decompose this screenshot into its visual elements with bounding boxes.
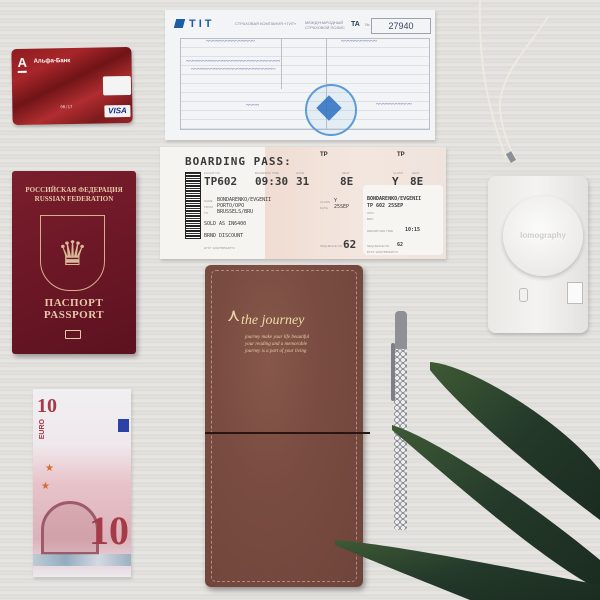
pen-cap (395, 311, 407, 349)
leaf (430, 362, 600, 520)
handwriting: ~~~~~~~~~~~~~~~~~~~~~~~~~~~~~ (186, 59, 280, 65)
stub-to: BRU (367, 217, 373, 221)
barcode (185, 172, 201, 239)
pen-clip (391, 343, 395, 401)
flight-number: TP602 (204, 175, 237, 188)
stub-from: OPO (367, 211, 374, 215)
bank-name: Альфа-Банк (34, 58, 71, 65)
viewfinder-window (567, 282, 583, 304)
insurer-brand: TIT (189, 18, 215, 30)
pen-body (394, 345, 407, 530)
stub-passenger-name: BONDARENKO/EVGENII (367, 196, 421, 202)
leaf (392, 425, 600, 590)
to-label: TO (204, 211, 208, 215)
coat-of-arms-shield: ♛ (40, 215, 105, 291)
form-divider (281, 39, 282, 89)
stub-sequence-label: SEQUENCE NO (367, 244, 389, 248)
wallet-text-line: journey is a part of your living (245, 349, 306, 354)
denomination-large: 10 (89, 507, 129, 554)
card-sticker (103, 76, 131, 95)
date: 25SEP (334, 204, 349, 210)
gate: 31 (296, 175, 309, 188)
bank-logo: A (17, 55, 27, 70)
handwriting: ~~~~~~~~~~~ (376, 102, 412, 108)
eu-flag-icon (118, 419, 129, 432)
currency-label: EURO (39, 419, 46, 439)
stub-ticket-number: ETKT 1002765544PT3 (367, 250, 398, 254)
insurance-policy: TIT СТРАХОВАЯ КОМПАНИЯ «ТИТ» МЕЖДУНАРОДН… (165, 10, 435, 140)
wallet-text-line: journey make your life beautiful (245, 335, 309, 340)
passport-country-ru: РОССИЙСКАЯ ФЕДЕРАЦИЯ (12, 186, 136, 194)
leaf (335, 540, 600, 600)
policy-number: 27940 (371, 18, 431, 34)
seat: 8E (340, 175, 353, 188)
handwriting: ~~~~ (246, 103, 259, 109)
departure-time-label: DEPARTURE TIME (367, 229, 393, 233)
sequence-label: SEQUENCE NO (320, 244, 342, 248)
wallet-title: the journey (241, 313, 304, 329)
stub-seat: 8E (410, 175, 423, 188)
policy-number-prefix: № (365, 22, 369, 27)
star-icon: ★ (45, 463, 54, 474)
airline-logo: TP (320, 152, 328, 158)
eiffel-tower-icon: ⋏ (227, 305, 240, 326)
double-headed-eagle-icon: ♛ (41, 234, 104, 274)
boarding-pass: BOARDING PASS: TP TP FLIGHT NO TP602 BOA… (160, 147, 446, 259)
sequence-number: 62 (343, 238, 356, 251)
euro-banknote: 10 EURO ★ ★ 10 (33, 389, 131, 577)
camera-strap (478, 0, 548, 170)
instant-camera: lomography (488, 176, 588, 333)
insurer-subtitle: СТРАХОВАЯ КОМПАНИЯ «ТИТ» (235, 21, 296, 26)
handwriting: ~~~~~~~~~~~~~~~ (206, 39, 255, 45)
passport-country-en: RUSSIAN FEDERATION (12, 195, 136, 203)
hologram-strip (33, 554, 131, 566)
boarding-pass-title: BOARDING PASS: (185, 155, 292, 168)
biometric-chip-icon (65, 330, 81, 339)
stub-sequence-number: 62 (397, 242, 403, 248)
fare-brand: BRND DISCOUNT (204, 233, 243, 239)
passport-title-ru: ПАСПОРТ (12, 297, 136, 309)
airline-logo-stub: TP (397, 152, 405, 158)
bank-card: A Альфа-Банк 08/17 VISA (11, 47, 132, 125)
destination: BRUSSELS/BRU (217, 209, 253, 215)
elastic-band (205, 432, 370, 434)
stamp-logo-icon (316, 95, 341, 120)
handwriting: ~~~~~~~~~~~~~~~~~~~~~~~~~~ (191, 67, 275, 73)
stub-flight-date: TP 602 25SEP (367, 203, 403, 209)
official-stamp (305, 84, 357, 136)
bank-logo-bar (18, 71, 27, 73)
handwriting: ~~~~~~~~~~~ (341, 39, 377, 45)
passport-title-en: PASSPORT (12, 309, 136, 321)
policy-name: МЕЖДУНАРОДНЫЙ СТРАХОВОЙ ПОЛИС (305, 20, 345, 30)
name-label: NAME (204, 199, 213, 203)
denomination-small: 10 (37, 395, 57, 418)
visa-logo: VISA (104, 105, 130, 117)
sold-as: SOLD AS IN6400 (204, 221, 246, 227)
ticket-number: ETKT 1002765544PT3 (204, 246, 235, 250)
camera-button (519, 288, 528, 302)
star-icon: ★ (41, 481, 50, 492)
card-valid-thru: 08/17 (60, 104, 72, 109)
date-label: DATE (320, 206, 328, 210)
class-label: CLASS (320, 200, 330, 204)
lens-cap: lomography (503, 196, 583, 276)
policy-series: TA (351, 21, 360, 28)
wallet-text-line: your reading and a memorable (245, 342, 307, 347)
stub-class: Y (392, 175, 399, 188)
boarding-time: 09:30 (255, 175, 288, 188)
camera-brand: lomography (503, 231, 583, 240)
russian-passport: РОССИЙСКАЯ ФЕДЕРАЦИЯ RUSSIAN FEDERATION … (12, 171, 136, 354)
departure-time: 10:15 (405, 227, 420, 233)
from-label: FROM (204, 205, 213, 209)
insurer-logo-icon (174, 19, 185, 28)
travel-wallet: ⋏ the journey journey make your life bea… (205, 265, 363, 587)
